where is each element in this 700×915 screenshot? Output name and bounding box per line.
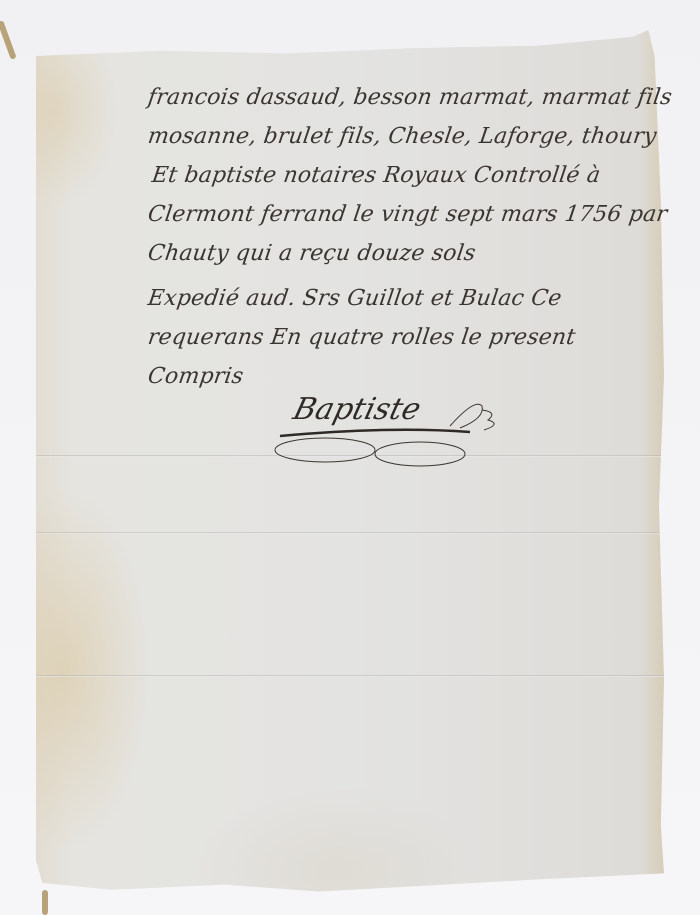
text-line: Chauty qui a reçu douze sols [145,234,630,273]
manuscript-text: francois dassaud, besson marmat, marmat … [148,78,628,396]
text-line: Expedié aud. Srs Guillot et Bulac Ce [145,279,630,318]
signature: Baptiste [270,388,510,468]
fold-crease-middle [36,532,664,534]
binding-string-bottom [42,890,48,915]
text-line: francois dassaud, besson marmat, marmat … [145,78,630,117]
signature-text: Baptiste [290,392,425,427]
text-line: Clermont ferrand le vingt sept mars 1756… [145,195,630,234]
text-line: mosanne, brulet fils, Chesle, Laforge, t… [145,117,630,156]
fold-crease-lower [36,675,664,677]
text-line: requerans En quatre rolles le present [145,318,630,357]
text-line: Et baptiste notaires Royaux Controllé à [149,156,630,195]
